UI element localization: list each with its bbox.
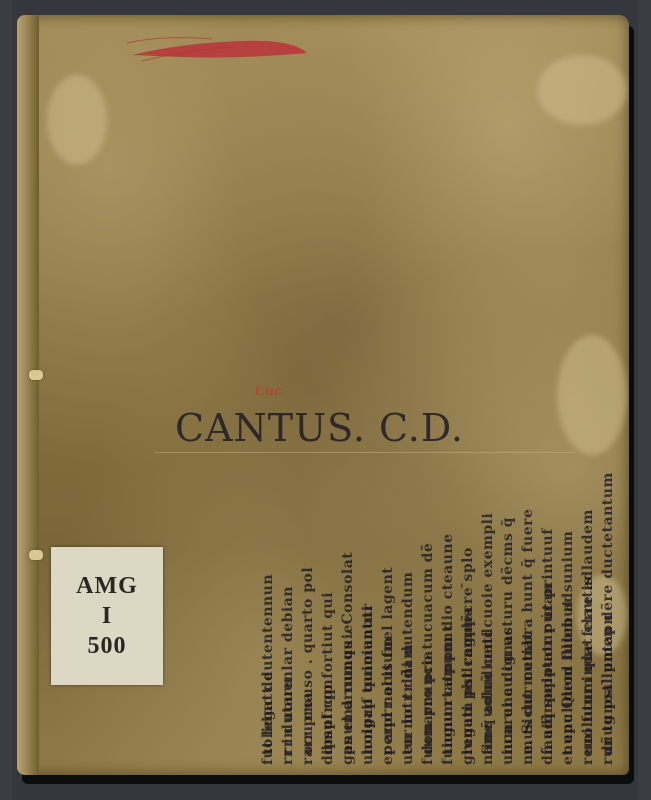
script-line: longap tunoiantur bbox=[360, 415, 377, 755]
script-line: rr dutaru bbox=[280, 415, 297, 755]
script-line: uni funr indat clautis bbox=[580, 415, 597, 755]
cover-title: CANTUS. C.D. bbox=[175, 406, 464, 450]
script-line: dmpfrqp bbox=[320, 415, 337, 755]
shelf-mark-line-3: 500 bbox=[88, 634, 127, 658]
binding-stitch-icon bbox=[29, 550, 43, 560]
script-line: tionu rtatpunnt bbox=[440, 415, 457, 755]
script-line: ps el druunquie bbox=[340, 415, 357, 755]
script-line: donarnuncia bbox=[420, 415, 437, 755]
script-line: ium una dignas bbox=[500, 415, 517, 755]
script-line: ñ adinpelpuor puran bbox=[540, 415, 557, 755]
script-line: fine uoludiuati bbox=[480, 415, 497, 755]
script-line: mus dur cutiat bbox=[520, 415, 537, 755]
shelf-mark-line-1: AMG bbox=[76, 574, 138, 598]
script-line: tur hc tr dam bbox=[400, 415, 417, 755]
script-line: toliduc de bbox=[260, 415, 277, 755]
shelf-mark-line-2: I bbox=[102, 604, 112, 628]
script-line: perprr alutum bbox=[380, 415, 397, 755]
spine-edge bbox=[17, 15, 39, 775]
red-annotation: t.uc bbox=[255, 383, 282, 399]
script-line: ocu rna bbox=[300, 415, 317, 755]
script-line: dr̃ tunoal pntapn bbox=[600, 415, 617, 755]
binding-stitch-icon bbox=[29, 370, 43, 380]
script-line: lunum pst rngppa bbox=[460, 415, 477, 755]
script-line: nunc Quod fulebut bbox=[560, 415, 577, 755]
shelf-mark-label: AMG I 500 bbox=[51, 547, 163, 685]
